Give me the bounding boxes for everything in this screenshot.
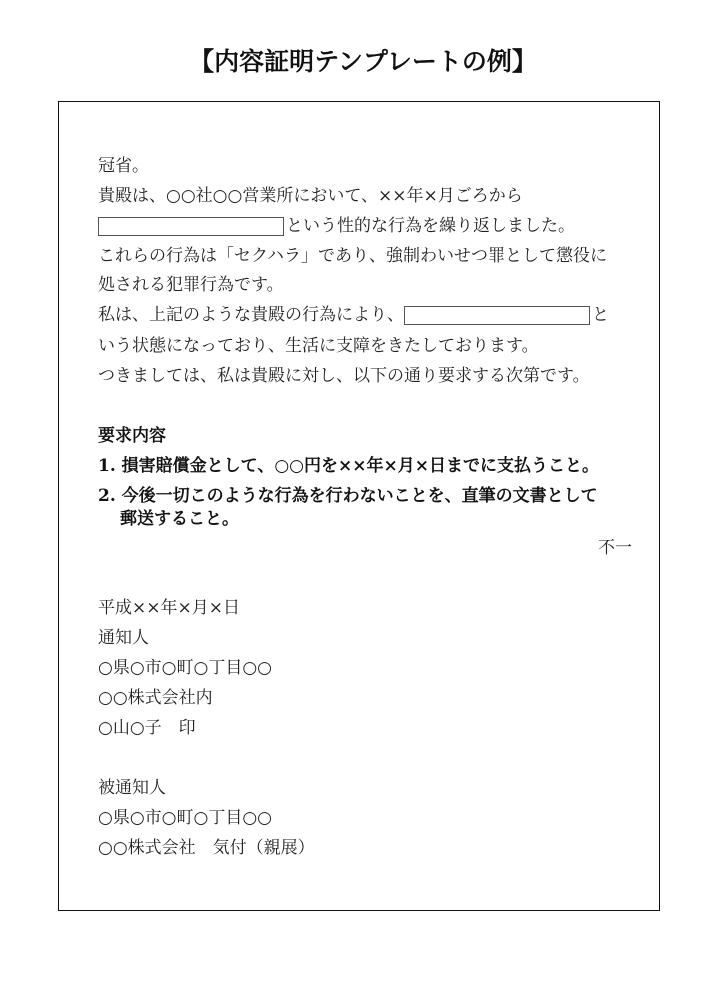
sender-address: ○県○市○町○丁目○○ <box>98 657 272 679</box>
salutation: 冠省。 <box>98 155 149 177</box>
page-title: 【内容証明テンプレートの例】 <box>0 42 720 78</box>
blank-field-behavior[interactable] <box>98 217 284 236</box>
demand-item-2-cont: 郵送すること。 <box>120 508 239 530</box>
body-line-7: つきましては、私は貴殿に対し、以下の通り要求する次第です。 <box>98 365 590 387</box>
recipient-address: ○県○市○町○丁目○○ <box>98 807 272 829</box>
demands-heading: 要求内容 <box>98 425 166 447</box>
body-line-5: 私は、上記のような貴殿の行為により、と <box>98 304 609 326</box>
blank-field-condition[interactable] <box>404 306 590 325</box>
recipient-label: 被通知人 <box>98 777 166 799</box>
sender-name: ○山○子 印 <box>98 717 196 739</box>
body-line-2: という性的な行為を繰り返しました。 <box>98 215 575 237</box>
body-line-2-text: という性的な行為を繰り返しました。 <box>286 216 575 236</box>
body-line-3: これらの行為は「セクハラ」であり、強制わいせつ罪として懲役に <box>98 245 607 267</box>
demand-item-2: 2. 今後一切このような行為を行わないことを、直筆の文書として <box>98 485 598 507</box>
sender-label: 通知人 <box>98 627 149 649</box>
demand-item-1: 1. 損害賠償金として、○○円を××年×月×日までに支払うこと。 <box>98 455 599 477</box>
closing: 不一 <box>598 537 632 559</box>
body-line-5-tail: と <box>592 305 609 325</box>
sender-company: ○○株式会社内 <box>98 687 213 709</box>
body-line-1: 貴殿は、○○社○○営業所において、××年×月ごろから <box>98 185 523 207</box>
body-line-6: いう状態になっており、生活に支障をきたしております。 <box>98 335 539 357</box>
body-line-4: 処される犯罪行為です。 <box>98 274 284 296</box>
recipient-company: ○○株式会社 気付（親展） <box>98 837 315 859</box>
date: 平成××年×月×日 <box>98 597 240 619</box>
body-line-5-text: 私は、上記のような貴殿の行為により、 <box>98 305 404 325</box>
